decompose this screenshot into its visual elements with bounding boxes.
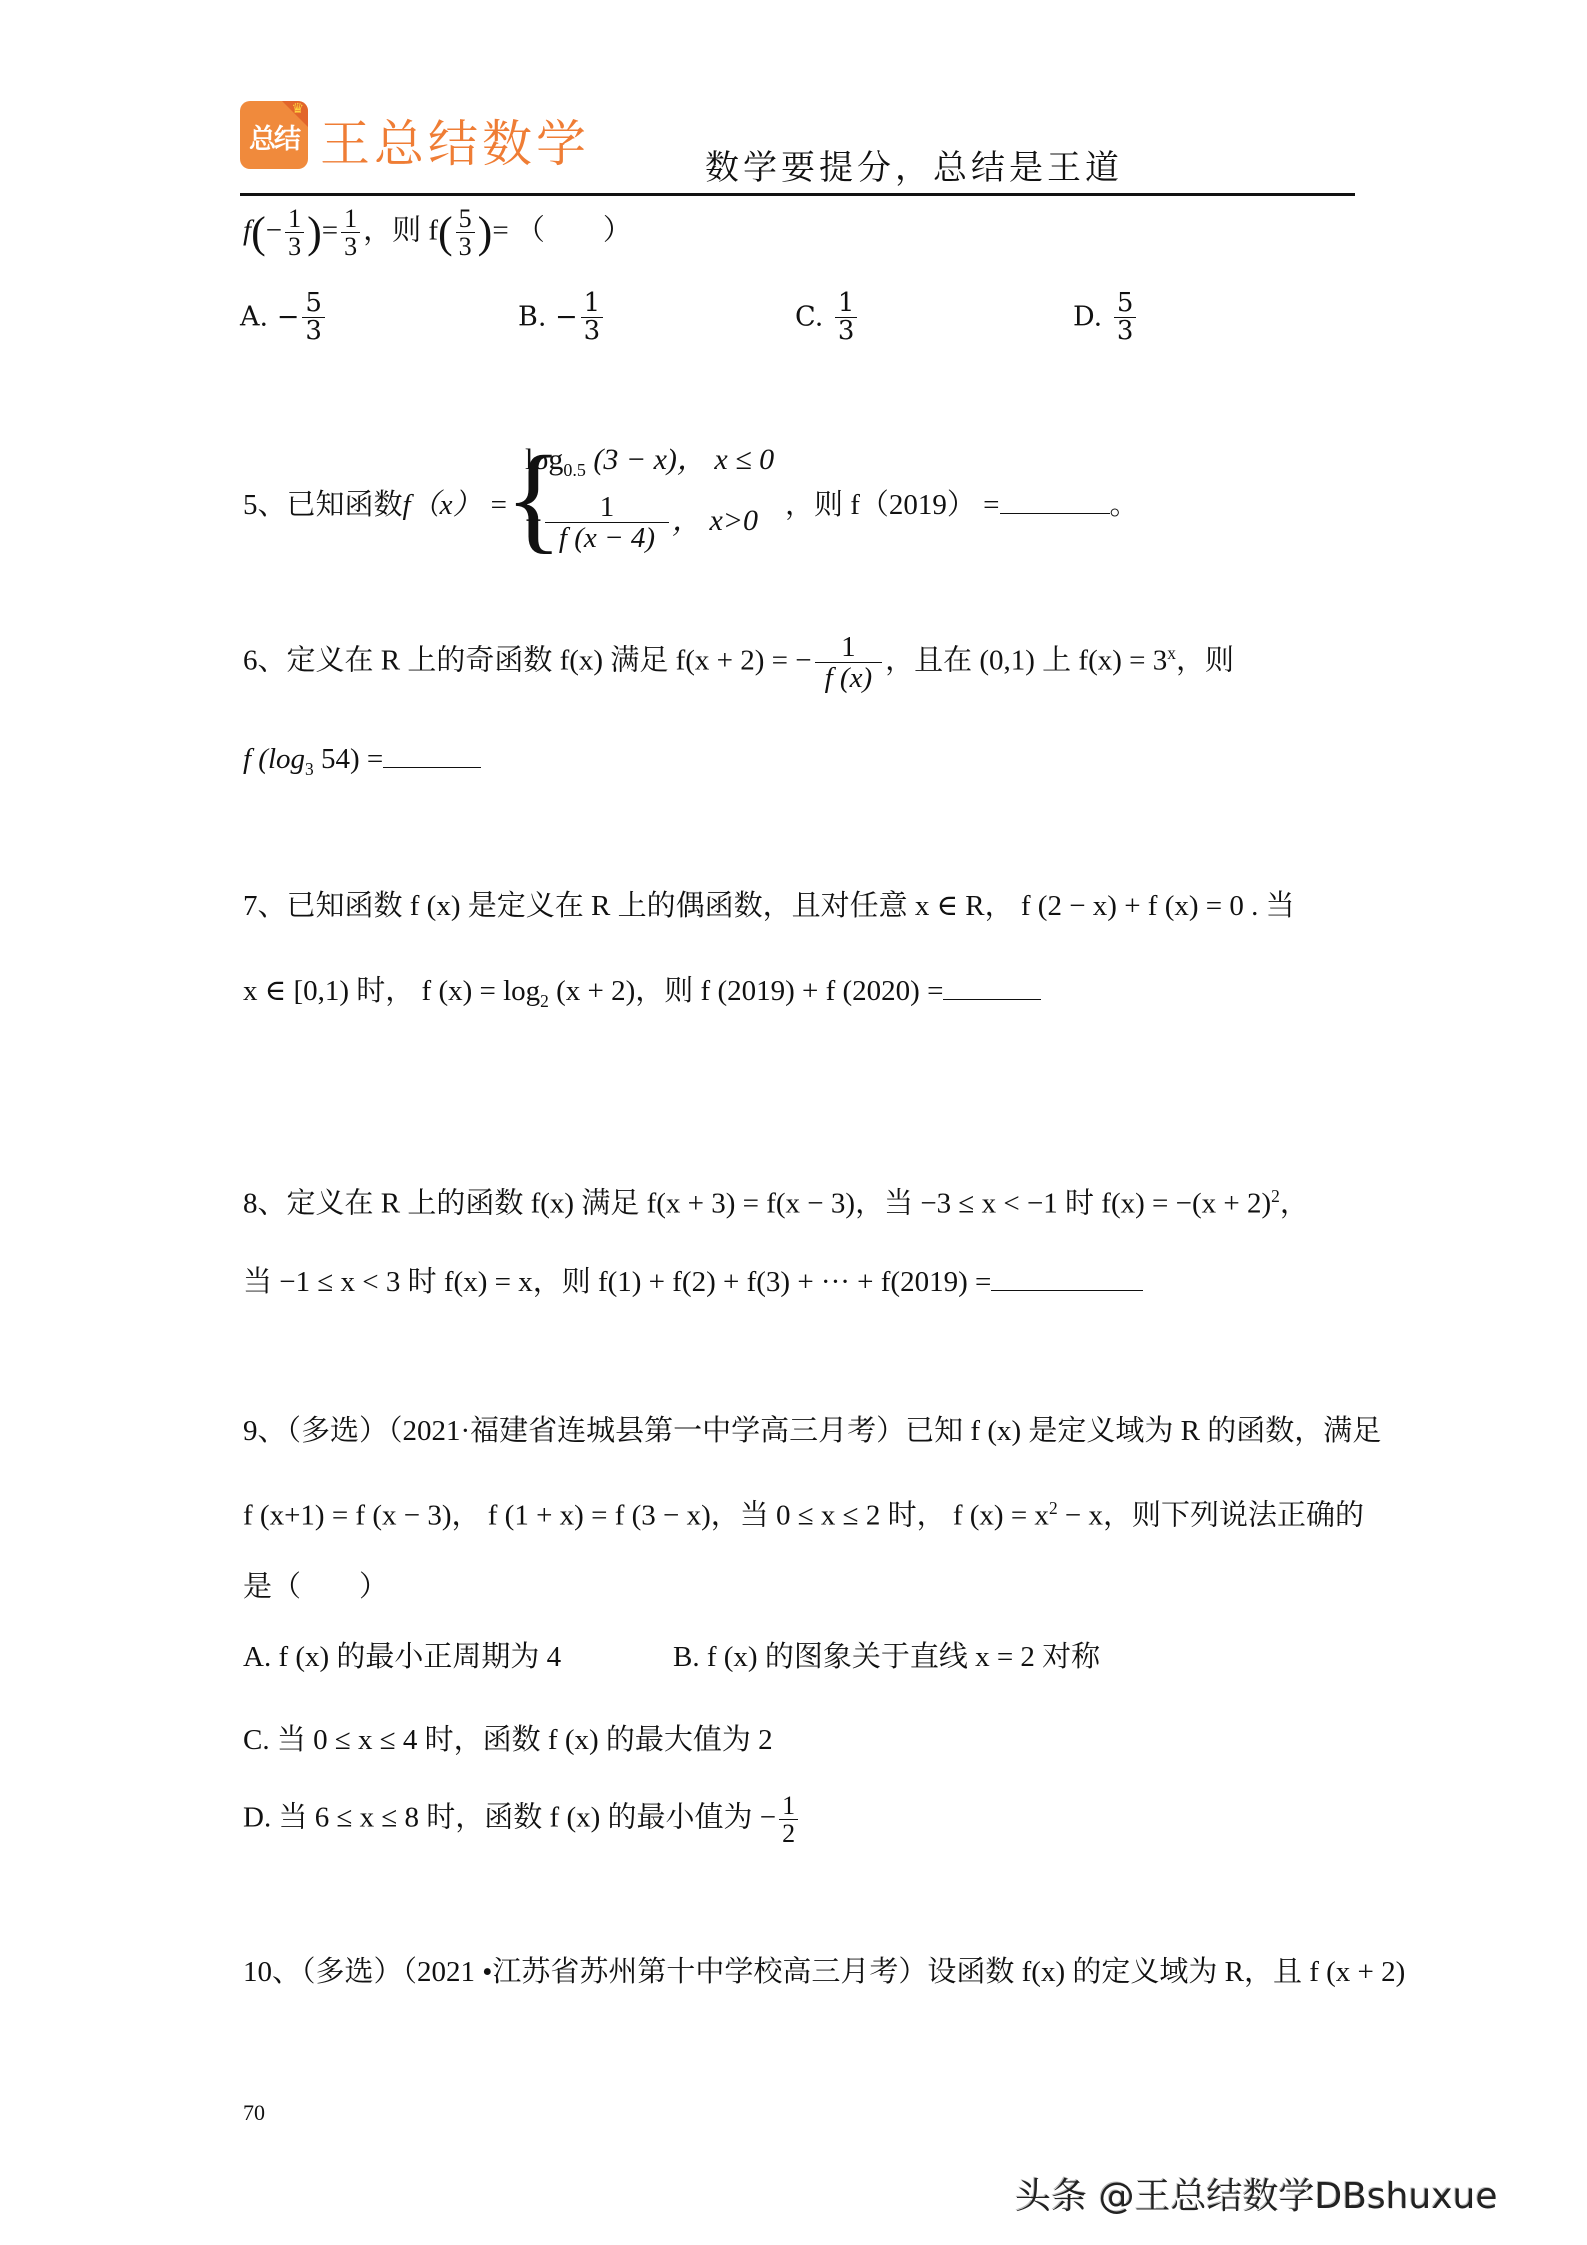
- numerator: 1: [779, 1792, 798, 1819]
- answer-paren: = （ ）: [492, 214, 632, 246]
- option-text: f (x) 的最小正周期为 4: [278, 1641, 561, 1673]
- text: ，则 f（2019） =: [785, 489, 1000, 521]
- q9-option-d: D. 当 6 ≤ x ≤ 8 时，函数 f (x) 的最小值为 −12: [243, 1792, 801, 1848]
- text: f (log: [243, 743, 305, 775]
- case-cond: ， x>0: [672, 504, 758, 537]
- text: (x + 2)，则 f (2019) + f (2020) =: [549, 975, 944, 1007]
- fraction: 53: [302, 290, 325, 346]
- denominator: 3: [581, 317, 604, 345]
- denominator: 3: [302, 317, 325, 345]
- option-label: D.: [243, 1801, 271, 1833]
- brand-name: 王总结数学: [320, 104, 590, 176]
- denominator: 3: [285, 232, 304, 260]
- option-label: C.: [243, 1724, 270, 1756]
- slogan: 数学要提分，总结是王道: [705, 140, 1123, 189]
- period: 。: [1110, 489, 1139, 521]
- denominator: 3: [456, 232, 475, 260]
- q5-case-2: −1f (x − 4)， x>0: [525, 492, 758, 554]
- text: x ∈ [0,1) 时， f (x) = log: [243, 975, 540, 1007]
- text: 8、定义在 R 上的函数 f(x) 满足 f(x + 3) = f(x − 3)…: [243, 1188, 1271, 1220]
- exponent: 2: [1271, 1186, 1280, 1206]
- q9-line-1: 9、（多选）（2021·福建省连城县第一中学高三月考）已知 f (x) 是定义域…: [243, 1417, 1381, 1446]
- fraction: 12: [779, 1792, 798, 1848]
- fn-expr: f（x） =: [403, 489, 509, 521]
- q6-line-2: f (log3 54) =: [243, 745, 481, 778]
- numerator: 1: [341, 205, 360, 232]
- q6-line-1: 6、定义在 R 上的奇函数 f(x) 满足 f(x + 2) = −1f (x)…: [243, 632, 1234, 694]
- denominator: 3: [341, 232, 360, 260]
- text: 当 −1 ≤ x < 3 时 f(x) = x，则 f(1) + f(2) + …: [243, 1266, 991, 1298]
- option-label: A.: [243, 1641, 271, 1673]
- fraction: 53: [1114, 290, 1137, 346]
- fraction: 1f (x): [815, 632, 883, 694]
- q9-option-a: A. f (x) 的最小正周期为 4: [243, 1643, 561, 1672]
- text: − x，则下列说法正确的: [1058, 1500, 1364, 1532]
- text: ，: [1280, 1188, 1309, 1220]
- numerator: 5: [302, 290, 325, 317]
- numerator: 5: [456, 205, 475, 232]
- numerator: 1: [285, 205, 304, 232]
- equals: =: [322, 214, 338, 246]
- q5-case-1: log0.5 (3 − x)， x ≤ 0: [525, 445, 774, 479]
- exponent: 2: [1049, 1498, 1058, 1518]
- denominator: f (x − 4): [545, 522, 669, 553]
- log: log: [525, 443, 563, 476]
- denominator: 2: [779, 1819, 798, 1847]
- numerator: 5: [1114, 290, 1137, 317]
- log-base: 0.5: [563, 460, 586, 480]
- denominator: f (x): [815, 662, 883, 693]
- sign: −: [555, 301, 578, 332]
- q4-option-a: A. −53: [240, 290, 328, 346]
- fraction: 1f (x − 4): [545, 492, 669, 554]
- sign: −: [525, 504, 542, 537]
- option-label: A.: [240, 301, 268, 332]
- numerator: 1: [581, 290, 604, 317]
- logo-badge-text: 总结: [240, 117, 308, 156]
- page-number: 70: [243, 2100, 265, 2126]
- denominator: 3: [835, 317, 858, 345]
- answer-blank[interactable]: [383, 767, 481, 768]
- watermark: 头条 @王总结数学DBshuxue: [1015, 2168, 1498, 2219]
- logo-badge: ♛ 总结: [240, 101, 308, 169]
- numerator: 1: [838, 632, 859, 662]
- option-label: B.: [518, 301, 546, 332]
- fraction: 13: [581, 290, 604, 346]
- header-divider: [240, 193, 1355, 196]
- fraction: 13: [285, 205, 304, 261]
- crown-icon: ♛: [291, 103, 304, 117]
- q10-line-1: 10、（多选）（2021 •江苏省苏州第十中学校高三月考）设函数 f(x) 的定…: [243, 1958, 1405, 1987]
- denominator: 3: [1114, 317, 1137, 345]
- text: ，且在 (0,1) 上 f(x) = 3: [885, 645, 1167, 677]
- text: 6、定义在 R 上的奇函数 f(x) 满足 f(x + 2) = −: [243, 645, 812, 677]
- numerator: 1: [597, 492, 618, 522]
- q9-line-2: f (x+1) = f (x − 3)， f (1 + x) = f (3 − …: [243, 1500, 1364, 1531]
- case-expr: (3 − x)， x ≤ 0: [593, 443, 774, 476]
- q5-prefix: 5、已知函数f（x） =: [243, 491, 508, 520]
- option-label: C.: [795, 301, 823, 332]
- exponent: x: [1167, 643, 1176, 663]
- q9-option-c: C. 当 0 ≤ x ≤ 4 时，函数 f (x) 的最大值为 2: [243, 1726, 773, 1755]
- q4-option-d: D. 53: [1073, 290, 1139, 346]
- q5-suffix: ，则 f（2019） =。: [785, 491, 1139, 520]
- q8-line-1: 8、定义在 R 上的函数 f(x) 满足 f(x + 3) = f(x − 3)…: [243, 1188, 1309, 1219]
- fraction: 53: [456, 205, 475, 261]
- text: ，则: [1176, 645, 1234, 677]
- text: 5、已知函数: [243, 489, 403, 521]
- log-base: 3: [305, 759, 314, 779]
- fraction: 13: [835, 290, 858, 346]
- q4-stem: f(−13)=13，则 f(53)= （ ）: [243, 205, 632, 261]
- q4-option-c: C. 13: [795, 290, 860, 346]
- fn-symbol: f: [243, 214, 251, 246]
- option-label: B.: [673, 1641, 700, 1673]
- answer-blank[interactable]: [1000, 513, 1110, 514]
- sign: −: [266, 214, 282, 246]
- q8-line-2: 当 −1 ≤ x < 3 时 f(x) = x，则 f(1) + f(2) + …: [243, 1268, 1143, 1297]
- q7-line-2: x ∈ [0,1) 时， f (x) = log2 (x + 2)，则 f (2…: [243, 977, 1041, 1010]
- text: ，则 f: [363, 214, 438, 246]
- answer-blank[interactable]: [943, 999, 1041, 1000]
- log-base: 2: [540, 991, 549, 1011]
- option-text: f (x) 的图象关于直线 x = 2 对称: [707, 1641, 1100, 1673]
- fraction: 13: [341, 205, 360, 261]
- text: f (x+1) = f (x − 3)， f (1 + x) = f (3 − …: [243, 1500, 1049, 1532]
- q4-option-b: B. −13: [518, 290, 606, 346]
- option-text: 当 6 ≤ x ≤ 8 时，函数 f (x) 的最小值为 −: [278, 1801, 776, 1833]
- text: 54) =: [314, 743, 384, 775]
- q9-line-3: 是（ ）: [243, 1573, 388, 1602]
- q7-line-1: 7、已知函数 f (x) 是定义在 R 上的偶函数，且对任意 x ∈ R， f …: [243, 892, 1295, 921]
- sign: −: [277, 301, 300, 332]
- q9-option-b: B. f (x) 的图象关于直线 x = 2 对称: [673, 1643, 1100, 1672]
- option-text: 当 0 ≤ x ≤ 4 时，函数 f (x) 的最大值为 2: [277, 1724, 773, 1756]
- answer-blank[interactable]: [991, 1290, 1143, 1291]
- option-label: D.: [1073, 301, 1102, 332]
- numerator: 1: [835, 290, 858, 317]
